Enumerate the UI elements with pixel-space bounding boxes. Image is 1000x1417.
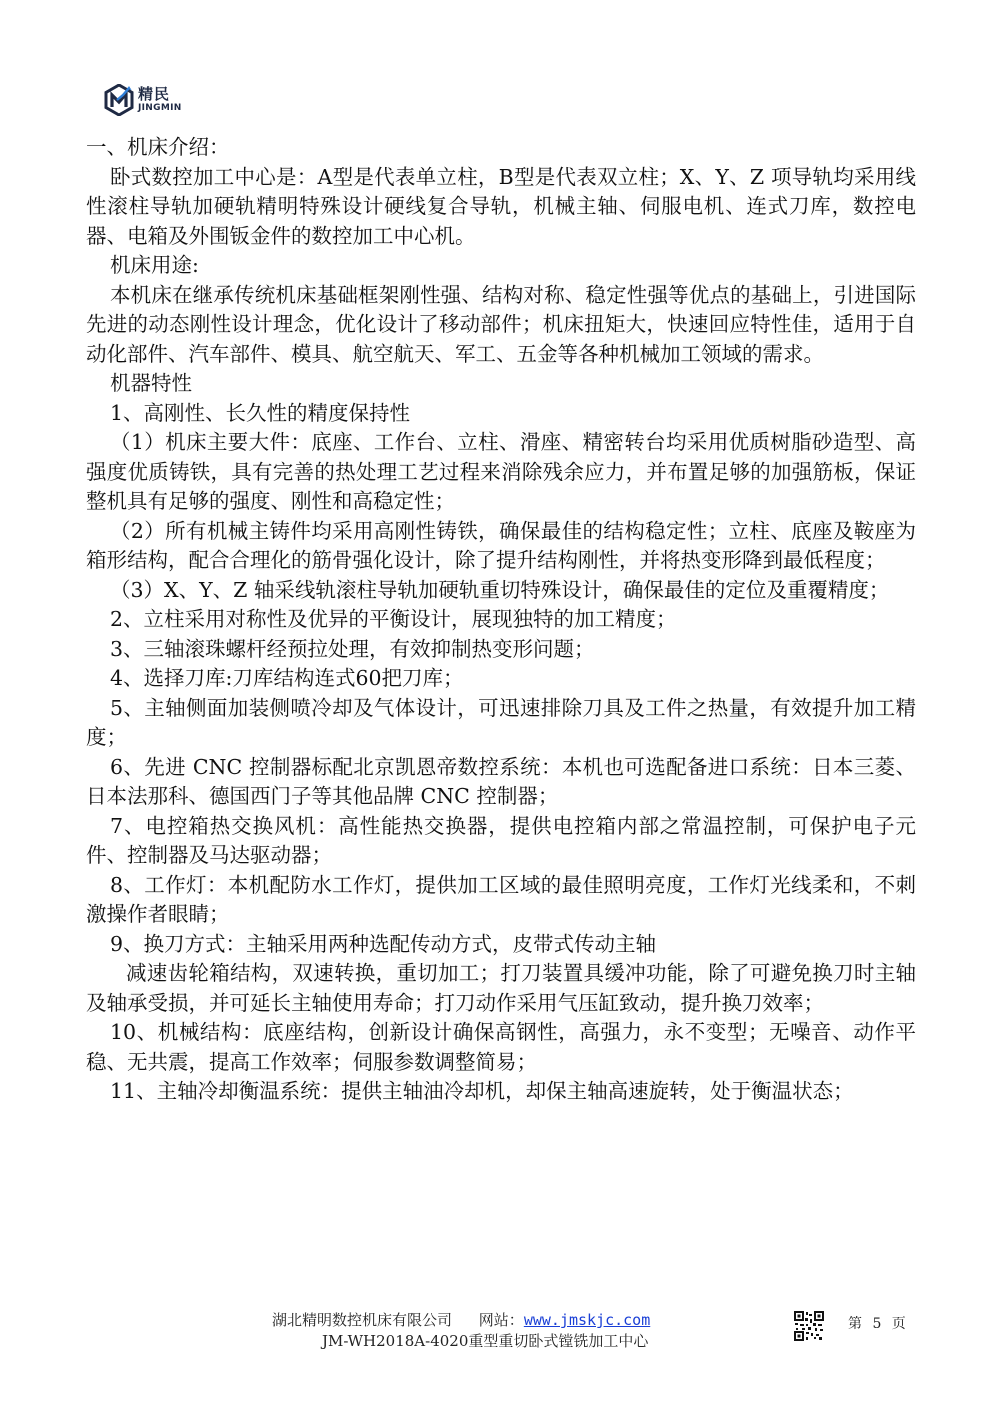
footer-company-line: 湖北精明数控机床有限公司 网站：www.jmskjc.com <box>272 1309 650 1330</box>
section-heading: 一、机床介绍： <box>86 133 916 163</box>
feature-subitem-3: （3）X、Y、Z 轴采线轨滚柱导轨加硬轨重切特殊设计，确保最佳的定位及重覆精度； <box>86 576 916 606</box>
paragraph-intro: 卧式数控加工中心是：A型是代表单立柱，B型是代表双立柱；X、Y、Z 项导轨均采用… <box>86 163 916 252</box>
feature-item-5: 5、主轴侧面加装侧喷冷却及气体设计，可迅速排除刀具及工件之热量，有效提升加工精度… <box>86 694 916 753</box>
feature-item-8: 8、工作灯：本机配防水工作灯，提供加工区域的最佳照明亮度，工作灯光线柔和，不刺激… <box>86 871 916 930</box>
paragraph-usage-label: 机床用途: <box>86 251 916 281</box>
feature-item-11: 11、主轴冷却衡温系统：提供主轴油冷却机，却保主轴高速旋转，处于衡温状态； <box>86 1077 916 1107</box>
footer-company-name: 湖北精明数控机床有限公司 <box>272 1311 452 1329</box>
feature-item-2: 2、立柱采用对称性及优异的平衡设计，展现独特的加工精度； <box>86 605 916 635</box>
feature-subitem-1: （1）机床主要大件：底座、工作台、立柱、滑座、精密转台均采用优质树脂砂造型、高强… <box>86 428 916 517</box>
feature-subitem-2: （2）所有机械主铸件均采用高刚性铸铁，确保最佳的结构稳定性；立柱、底座及鞍座为箱… <box>86 517 916 576</box>
paragraph-features-label: 机器特性 <box>86 369 916 399</box>
feature-item-10: 10、机械结构：底座结构，创新设计确保高钢性，高强力，永不变型；无噪音、动作平稳… <box>86 1018 916 1077</box>
feature-item-7: 7、电控箱热交换风机：高性能热交换器，提供电控箱内部之常温控制，可保护电子元件、… <box>86 812 916 871</box>
feature-item-9: 9、换刀方式：主轴采用两种选配传动方式，皮带式传动主轴 <box>86 930 916 960</box>
jingmin-logo-icon <box>104 84 134 116</box>
feature-item-3: 3、三轴滚珠螺杆经预拉处理，有效抑制热变形问题； <box>86 635 916 665</box>
feature-item-9-continued: 减速齿轮箱结构，双速转换，重切加工；打刀装置具缓冲功能，除了可避免换刀时主轴及轴… <box>86 959 916 1018</box>
qr-code-icon <box>794 1311 824 1341</box>
page-number: 第 5 页 <box>848 1313 909 1333</box>
logo-english-text: JINGMIN <box>138 104 182 113</box>
company-logo: 精民 JINGMIN <box>104 84 182 116</box>
paragraph-usage: 本机床在继承传统机床基础框架刚性强、结构对称、稳定性强等优点的基础上，引进国际先… <box>86 281 916 370</box>
feature-item-1: 1、高刚性、长久性的精度保持性 <box>86 399 916 429</box>
footer-site-label: 网站： <box>479 1311 524 1329</box>
document-body: 一、机床介绍： 卧式数控加工中心是：A型是代表单立柱，B型是代表双立柱；X、Y、… <box>86 133 916 1107</box>
logo-chinese-text: 精民 <box>138 87 182 102</box>
feature-item-4: 4、选择刀库:刀库结构连式60把刀库； <box>86 664 916 694</box>
footer-website-link[interactable]: www.jmskjc.com <box>524 1311 650 1329</box>
feature-item-6: 6、先进 CNC 控制器标配北京凯恩帝数控系统：本机也可选配备进口系统：日本三菱… <box>86 753 916 812</box>
footer-model-line: JM-WH2018A-4020重型重切卧式镗铣加工中心 <box>322 1330 648 1351</box>
